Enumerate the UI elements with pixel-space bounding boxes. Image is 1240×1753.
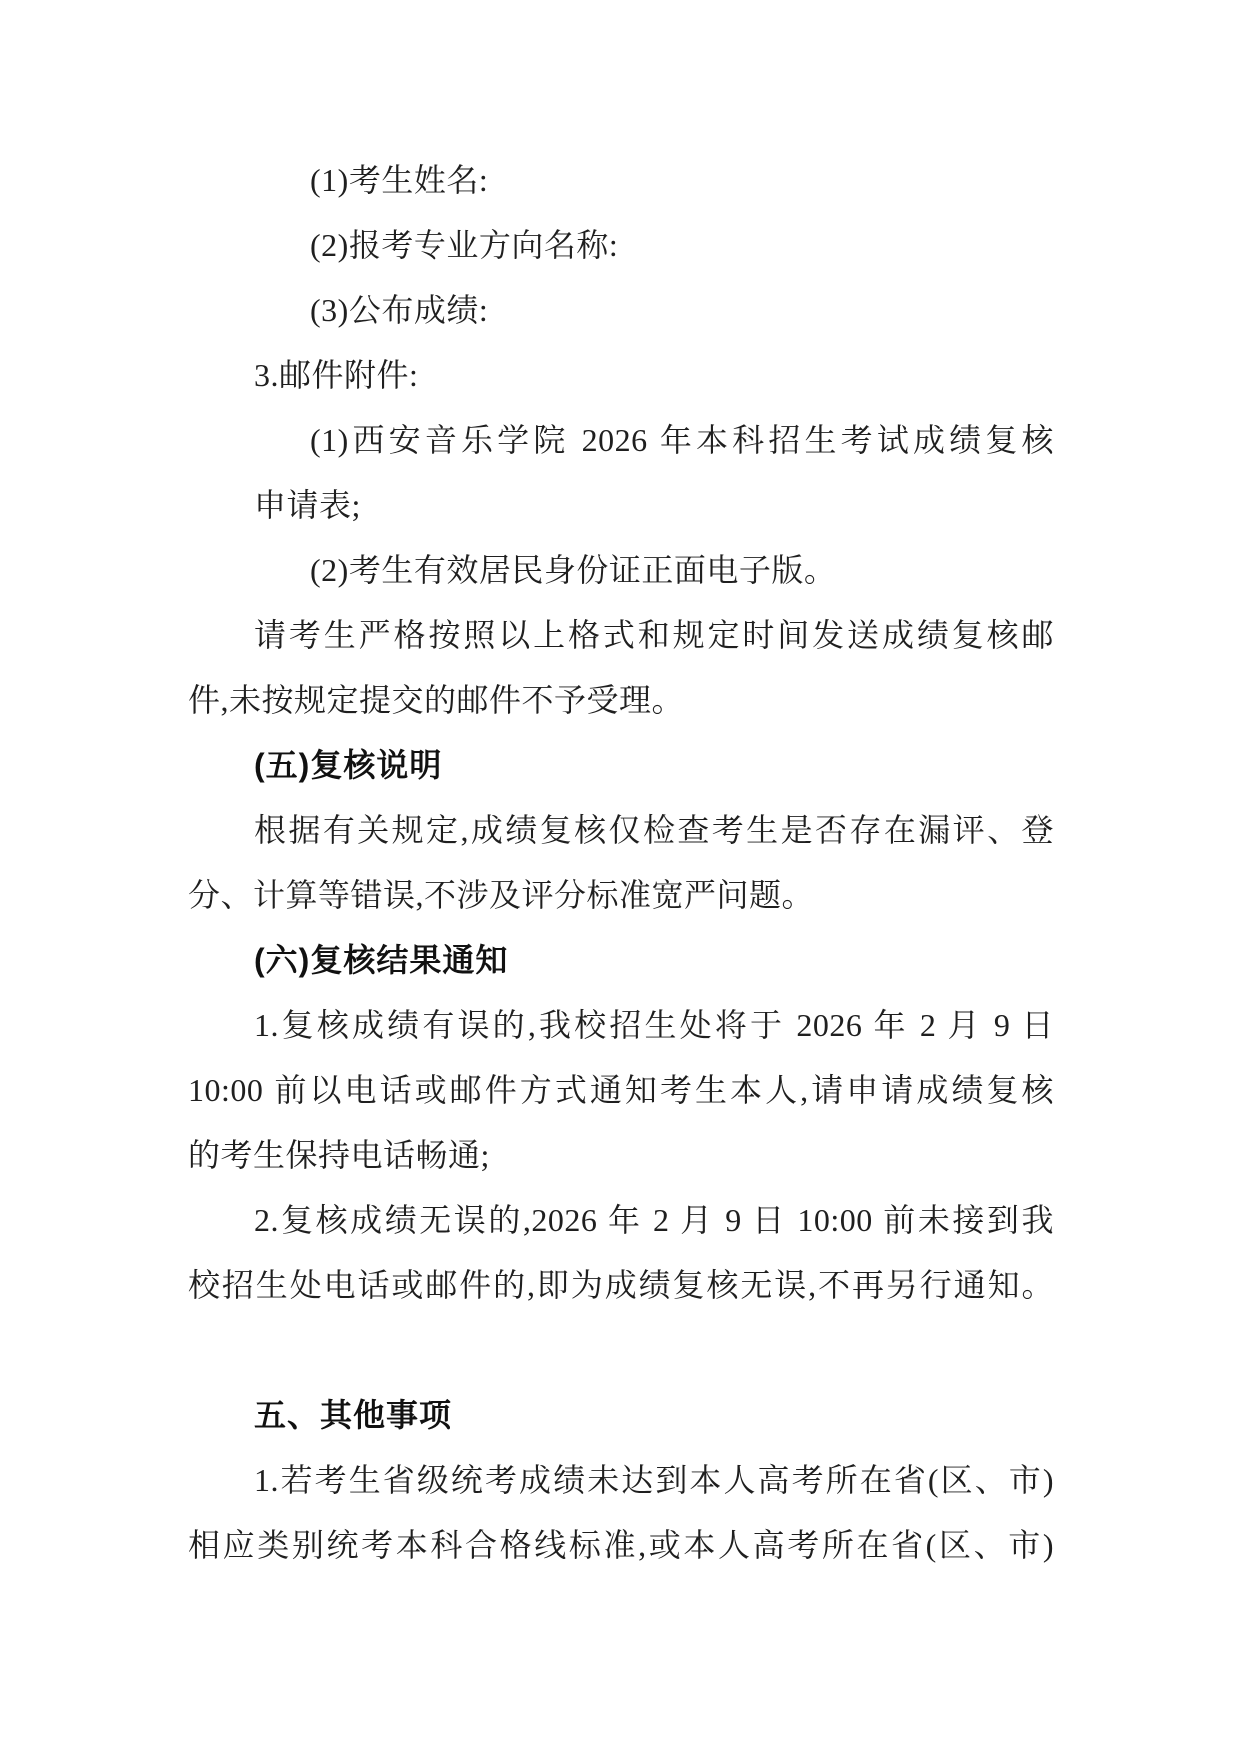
- document-line: 件,未按规定提交的邮件不予受理。: [188, 668, 1054, 733]
- list-item-major-name: (2)报考专业方向名称:: [188, 213, 1054, 278]
- document-text-block: (1)考生姓名: (2)报考专业方向名称: (3)公布成绩: 3.邮件附件: (…: [188, 148, 1054, 1578]
- document-line: 的考生保持电话畅通;: [188, 1123, 1054, 1188]
- document-line: 根据有关规定,成绩复核仅检查考生是否存在漏评、登: [188, 798, 1054, 863]
- document-line: 申请表;: [188, 473, 1054, 538]
- document-line: (2)考生有效居民身份证正面电子版。: [188, 538, 1054, 603]
- section-heading-review-result-notice: (六)复核结果通知: [188, 928, 1054, 993]
- document-page: (1)考生姓名: (2)报考专业方向名称: (3)公布成绩: 3.邮件附件: (…: [0, 0, 1240, 1753]
- document-line: 2.复核成绩无误的,2026 年 2 月 9 日 10:00 前未接到我: [188, 1188, 1054, 1253]
- document-line: (1)西安音乐学院 2026 年本科招生考试成绩复核: [188, 408, 1054, 473]
- document-line: 请考生严格按照以上格式和规定时间发送成绩复核邮: [188, 603, 1054, 668]
- section-heading-other-matters: 五、其他事项: [188, 1383, 1054, 1448]
- list-item-published-score: (3)公布成绩:: [188, 278, 1054, 343]
- document-line: 校招生处电话或邮件的,即为成绩复核无误,不再另行通知。: [188, 1253, 1054, 1318]
- document-line: 相应类别统考本科合格线标准,或本人高考所在省(区、市): [188, 1513, 1054, 1578]
- list-item-candidate-name: (1)考生姓名:: [188, 148, 1054, 213]
- document-line: 分、计算等错误,不涉及评分标准宽严问题。: [188, 863, 1054, 928]
- blank-line: [188, 1318, 1054, 1383]
- list-item-email-attachments: 3.邮件附件:: [188, 343, 1054, 408]
- document-line: 1.复核成绩有误的,我校招生处将于 2026 年 2 月 9 日: [188, 993, 1054, 1058]
- document-line: 10:00 前以电话或邮件方式通知考生本人,请申请成绩复核: [188, 1058, 1054, 1123]
- section-heading-review-notes: (五)复核说明: [188, 733, 1054, 798]
- document-line: 1.若考生省级统考成绩未达到本人高考所在省(区、市): [188, 1448, 1054, 1513]
